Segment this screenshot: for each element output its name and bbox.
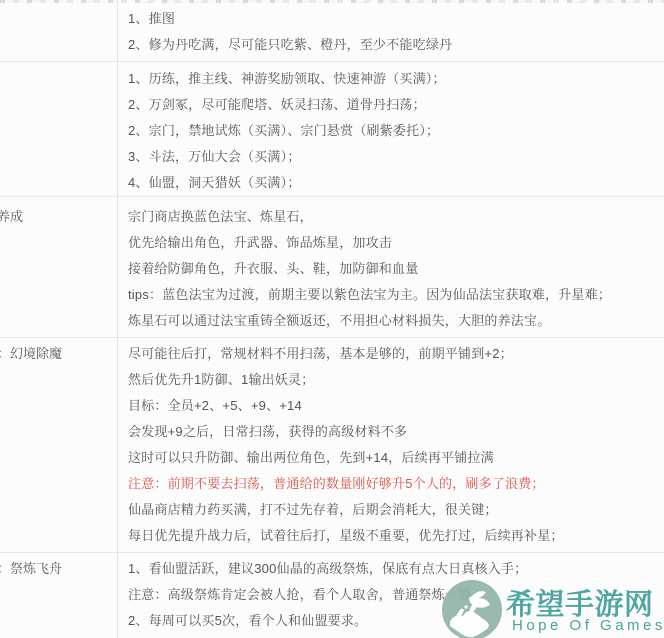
row-label-cell (0, 62, 118, 196)
text-line: 每日优先提升战力后，试着往后打，星级不重要，优先打过，后续再补星； (128, 523, 664, 549)
table-row: ：幻境除魔 尽可能往后打，常规材料不用扫荡，基本是够的，前期平铺到+2； 然后优… (0, 337, 664, 552)
text-line: 仙晶商店精力药买满，打不过先存着，后期会消耗大，很关键； (128, 497, 664, 523)
text-line: 2、修为丹吃满，尽可能只吃紫、橙丹，至少不能吃绿丹 (128, 32, 664, 58)
text-line: 尽可能往后打，常规材料不用扫荡，基本是够的，前期平铺到+2； (128, 341, 664, 367)
text-line: 优先给输出角色，升武器、饰品炼星，加攻击 (128, 230, 664, 256)
hand-holding-dove-icon (442, 580, 502, 638)
row-label: 养成 (0, 204, 117, 230)
row-label-cell: 养成 (0, 197, 118, 337)
guide-article-page: 1、推图 2、修为丹吃满，尽可能只吃紫、橙丹，至少不能吃绿丹 1、历练，推主线、… (0, 0, 664, 638)
row-content-cell: 宗门商店换蓝色法宝、炼星石， 优先给输出角色，升武器、饰品炼星，加攻击 接着给防… (118, 197, 664, 337)
text-line: 目标：全员+2、+5、+9、+14 (128, 393, 664, 419)
watermark-subtitle: Hope Of Games (512, 617, 664, 634)
row-label: ：幻境除魔 (0, 341, 117, 367)
text-line: 宗门商店换蓝色法宝、炼星石， (128, 204, 664, 230)
table-row: 1、推图 2、修为丹吃满，尽可能只吃紫、橙丹，至少不能吃绿丹 (0, 0, 664, 61)
text-line: tips：蓝色法宝为过渡，前期主要以紫色法宝为主。因为仙品法宝获取难，升星难； (128, 282, 664, 308)
text-line: 接着给防御角色，升衣服、头、鞋，加防御和血量 (128, 256, 664, 282)
row-content-cell: 尽可能往后打，常规材料不用扫荡，基本是够的，前期平铺到+2； 然后优先升1防御、… (118, 338, 664, 552)
row-label-cell: ：幻境除魔 (0, 338, 118, 552)
row-content-cell: 1、推图 2、修为丹吃满，尽可能只吃紫、橙丹，至少不能吃绿丹 (118, 0, 664, 61)
table-row: 1、历练，推主线、神游奖励领取、快速神游（买满）； 2、万剑冢，尽可能爬塔、妖灵… (0, 61, 664, 196)
text-line: 4、仙盟，洞天猎妖（买满）； (128, 170, 664, 196)
site-watermark: 希望手游网 Hope Of Games (440, 578, 664, 638)
text-line: 2、宗门，禁地试炼（买满）、宗门悬赏（刷紫委托）； (128, 118, 664, 144)
table-row: 养成 宗门商店换蓝色法宝、炼星石， 优先给输出角色，升武器、饰品炼星，加攻击 接… (0, 196, 664, 337)
row-label-cell: ：祭炼飞舟 (0, 553, 118, 638)
row-content-cell: 1、历练，推主线、神游奖励领取、快速神游（买满）； 2、万剑冢，尽可能爬塔、妖灵… (118, 62, 664, 196)
text-line: 炼星石可以通过法宝重铸全额返还，不用担心材料损失，大胆的养法宝。 (128, 308, 664, 334)
text-line: 2、万剑冢，尽可能爬塔、妖灵扫荡、道骨丹扫荡； (128, 92, 664, 118)
text-line: 然后优先升1防御、1输出妖灵； (128, 367, 664, 393)
warning-text-line: 注意：前期不要去扫荡，普通给的数量刚好够升5个人的，刷多了浪费； (128, 471, 664, 497)
text-line: 3、斗法，万仙大会（买满）； (128, 144, 664, 170)
row-label-cell (0, 0, 118, 61)
row-label: ：祭炼飞舟 (0, 556, 117, 582)
text-line: 1、推图 (128, 6, 664, 32)
text-line: 会发现+9之后，日常扫荡，获得的高级材料不多 (128, 419, 664, 445)
text-line: 这时可以只升防御、输出两位角色，先到+14，后续再平铺拉满 (128, 445, 664, 471)
guide-table: 1、推图 2、修为丹吃满，尽可能只吃紫、橙丹，至少不能吃绿丹 1、历练，推主线、… (0, 0, 664, 638)
cutoff-text-fragment (0, 0, 664, 3)
text-line: 1、历练，推主线、神游奖励领取、快速神游（买满）； (128, 66, 664, 92)
